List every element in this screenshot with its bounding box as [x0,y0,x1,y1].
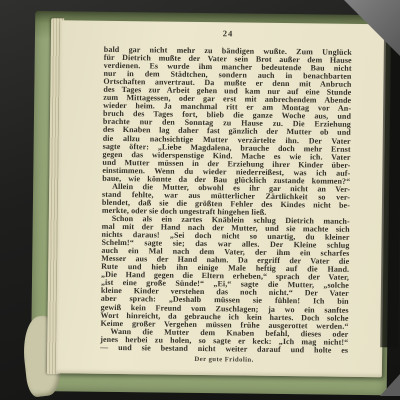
text-block: 24 bald gar nicht mehr zu bändigen wußte… [100,27,352,365]
page-number: 24 [104,27,352,41]
book-page: 24 bald gar nicht mehr zu bändigen wußte… [56,20,386,377]
photo-backdrop: 24 bald gar nicht mehr zu bändigen wußte… [0,0,400,400]
text-line: — und sie bestand nicht weiter darauf un… [100,344,348,355]
body-text: bald gar nicht mehr zu bändigen wußte. Z… [100,46,352,355]
page-edge-shadow [380,17,400,347]
book: 24 bald gar nicht mehr zu bändigen wußte… [0,0,400,400]
running-footer: Der gute Fridolin. [100,355,348,365]
